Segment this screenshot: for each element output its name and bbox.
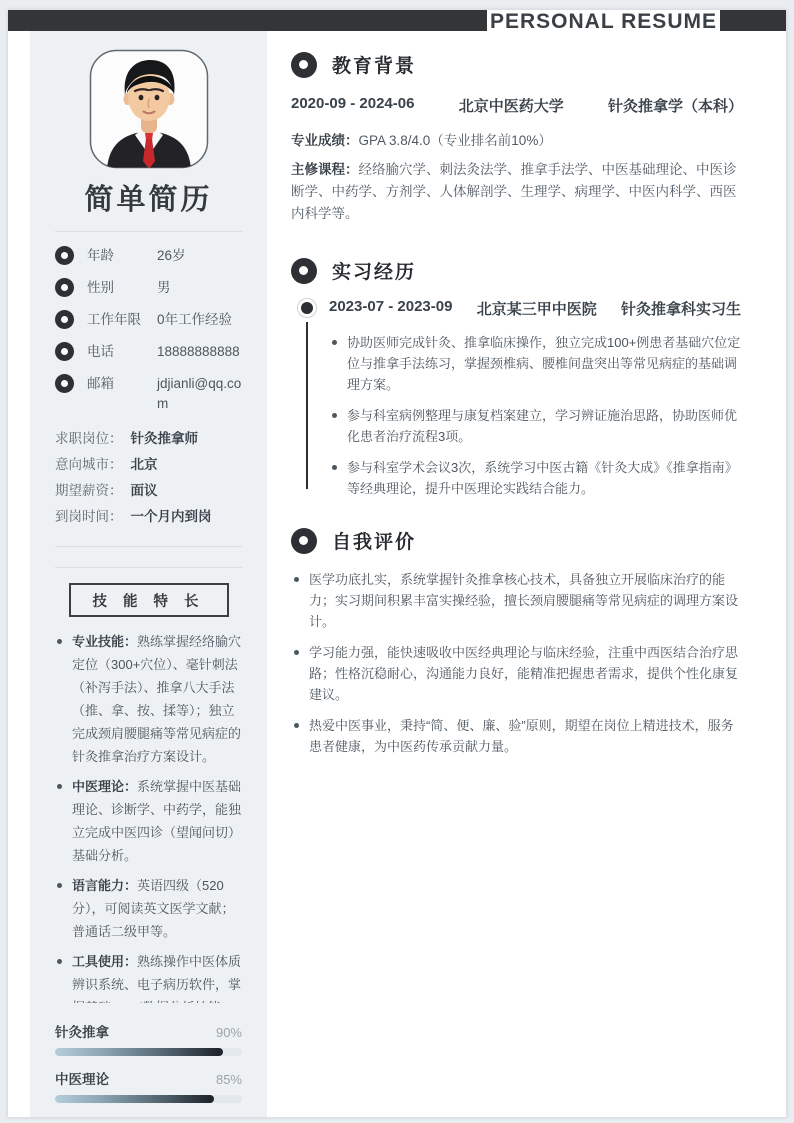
avatar: [89, 49, 209, 169]
evaluation-bullet: 学习能力强，能快速吸收中医经典理论与临床经验，注重中西医结合治疗思路；性格沉稳耐…: [291, 642, 746, 705]
info-row-phone: 电话 18888888888: [55, 342, 242, 362]
progress-fill: [55, 1048, 223, 1056]
avatar-illustration: [89, 49, 209, 169]
education-major: 针灸推拿学（本科）: [608, 95, 743, 116]
skill-item-language: 语言能力：英语四级（520分），可阅读英文医学文献；普通话二级甲等。: [55, 874, 242, 943]
section-title: 教育背景: [332, 51, 416, 78]
expectation-value: 针灸推拿师: [131, 430, 199, 447]
main-content: 教育背景 2020-09 - 2024-06 北京中医药大学 针灸推拿学（本科）…: [267, 31, 786, 1117]
courses-label: 主修课程：: [291, 162, 359, 177]
experience-bullet: 参与科室学术会议3次，系统学习中医古籍《针灸大成》《推拿指南》等经典理论，提升中…: [329, 457, 746, 499]
bar-percent: 90%: [216, 1025, 242, 1040]
info-value: 26岁: [157, 246, 242, 266]
experience-bullet: 协助医师完成针灸、推拿临床操作，独立完成100+例患者基础穴位定位与推拿手法练习…: [329, 332, 746, 395]
body-wrap: 简单简历 年龄 26岁 性别 男 工作年限 0年工作经验: [8, 31, 786, 1117]
divider: [55, 231, 242, 232]
section-title: 实习经历: [332, 257, 416, 284]
skill-bar-tcm-theory: 中医理论 85%: [55, 1068, 242, 1103]
donut-icon: [55, 342, 74, 361]
section-header: 自我评价: [291, 527, 746, 554]
experience-period: 2023-07 - 2023-09: [329, 298, 452, 319]
info-value: 18888888888: [157, 342, 242, 362]
skills-section-title: 技 能 特 长: [69, 583, 229, 617]
section-self-evaluation: 自我评价 医学功底扎实，系统掌握针灸推拿核心技术，具备独立开展临床治疗的能力；实…: [291, 527, 746, 757]
evaluation-bullet: 热爱中医事业，秉持“简、便、廉、验”原则，期望在岗位上精进技术，服务患者健康，为…: [291, 715, 746, 757]
info-label: 电话: [87, 342, 157, 362]
personal-info-list: 年龄 26岁 性别 男 工作年限 0年工作经验 电话 18888888888: [55, 246, 242, 426]
education-school: 北京中医药大学: [459, 95, 564, 116]
experience-role: 针灸推拿科实习生: [621, 298, 741, 319]
expectation-label: 求职岗位：: [55, 430, 123, 447]
skill-text: 熟练掌握经络腧穴定位（300+穴位）、毫针刺法（补泻手法）、推拿八大手法（推、拿…: [72, 634, 241, 764]
skill-bar-acupuncture: 针灸推拿 90%: [55, 1021, 242, 1056]
divider: [55, 546, 242, 547]
skill-item-tools: 工具使用：熟练操作中医体质辨识系统、电子病历软件，掌握基础Excel数据分析技能…: [55, 950, 242, 1003]
skill-lead: 专业技能：: [72, 634, 137, 649]
expectation-label: 期望薪资：: [55, 482, 123, 499]
experience-timeline: 2023-07 - 2023-09 北京某三甲中医院 针灸推拿科实习生 协助医师…: [291, 298, 746, 499]
info-value: 男: [157, 278, 242, 298]
header-bar-right-segment: [720, 10, 786, 31]
info-value: jdjianli@qq.com: [157, 374, 242, 414]
info-value: 0年工作经验: [157, 310, 242, 330]
bar-label: 中医理论: [55, 1068, 109, 1088]
skill-lead: 语言能力：: [72, 878, 137, 893]
candidate-name: 简单简历: [55, 183, 242, 217]
gpa-label: 专业成绩：: [291, 133, 359, 148]
expectation-label: 意向城市：: [55, 456, 123, 473]
info-row-age: 年龄 26岁: [55, 246, 242, 266]
courses-text: 经络腧穴学、刺法灸法学、推拿手法学、中医基础理论、中医诊断学、中药学、方剂学、人…: [291, 162, 737, 221]
skill-bars: 针灸推拿 90% 中医理论 85%: [55, 1003, 242, 1103]
section-header: 实习经历: [291, 257, 746, 284]
bar-label: 针灸推拿: [55, 1021, 109, 1041]
info-row-experience-years: 工作年限 0年工作经验: [55, 310, 242, 330]
progress-fill: [55, 1095, 214, 1103]
skill-lead: 工具使用：: [72, 954, 137, 969]
info-row-gender: 性别 男: [55, 278, 242, 298]
sidebar: 简单简历 年龄 26岁 性别 男 工作年限 0年工作经验: [30, 31, 267, 1117]
info-label: 性别: [87, 278, 157, 298]
donut-icon: [55, 374, 74, 393]
evaluation-bullet: 医学功底扎实，系统掌握针灸推拿核心技术，具备独立开展临床治疗的能力；实习期间积累…: [291, 569, 746, 632]
skills-list: 专业技能：熟练掌握经络腧穴定位（300+穴位）、毫针刺法（补泻手法）、推拿八大手…: [55, 630, 242, 1003]
donut-icon: [55, 278, 74, 297]
experience-bullet-list: 协助医师完成针灸、推拿临床操作，独立完成100+例患者基础穴位定位与推拿手法练习…: [329, 332, 746, 499]
skill-lead: 中医理论：: [72, 779, 137, 794]
experience-bullet: 参与科室病例整理与康复档案建立，学习辨证施治思路，协助医师优化患者治疗流程3项。: [329, 405, 746, 447]
info-label: 工作年限: [87, 310, 157, 330]
education-meta-row: 2020-09 - 2024-06 北京中医药大学 针灸推拿学（本科）: [291, 95, 743, 116]
experience-company: 北京某三甲中医院: [477, 298, 597, 319]
progress-track: [55, 1048, 242, 1056]
skill-item-professional: 专业技能：熟练掌握经络腧穴定位（300+穴位）、毫针刺法（补泻手法）、推拿八大手…: [55, 630, 242, 768]
skill-item-tcm-theory: 中医理论：系统掌握中医基础理论、诊断学、中药学，能独立完成中医四诊（望闻问切）基…: [55, 775, 242, 867]
experience-meta-row: 2023-07 - 2023-09 北京某三甲中医院 针灸推拿科实习生: [329, 298, 741, 319]
info-label: 年龄: [87, 246, 157, 266]
timeline-dot-icon: [301, 302, 313, 314]
evaluation-bullet-list: 医学功底扎实，系统掌握针灸推拿核心技术，具备独立开展临床治疗的能力；实习期间积累…: [291, 569, 746, 757]
header-bar-left-segment: [8, 10, 487, 31]
bar-head: 针灸推拿 90%: [55, 1021, 242, 1041]
divider: [55, 567, 242, 568]
job-expectation-list: 求职岗位： 针灸推拿师 意向城市： 北京 期望薪资： 面议 到岗时间： 一个月内…: [55, 430, 242, 534]
section-internship: 实习经历 2023-07 - 2023-09 北京某三甲中医院 针灸推拿科实习生…: [291, 257, 746, 499]
gpa-value: GPA 3.8/4.0（专业排名前10%）: [359, 133, 552, 148]
expectation-value: 一个月内到岗: [131, 508, 212, 525]
bar-head: 中医理论 85%: [55, 1068, 242, 1088]
expectation-row-city: 意向城市： 北京: [55, 456, 242, 473]
bullseye-icon: [291, 52, 317, 78]
expectation-label: 到岗时间：: [55, 508, 123, 525]
education-period: 2020-09 - 2024-06: [291, 95, 414, 116]
courses-paragraph: 主修课程：经络腧穴学、刺法灸法学、推拿手法学、中医基础理论、中医诊断学、中药学、…: [291, 159, 743, 225]
progress-track: [55, 1095, 242, 1103]
section-education: 教育背景 2020-09 - 2024-06 北京中医药大学 针灸推拿学（本科）…: [291, 51, 746, 225]
info-label: 邮箱: [87, 374, 157, 394]
header-title-box: PERSONAL RESUME: [487, 10, 720, 31]
resume-page: PERSONAL RESUME: [8, 10, 786, 1117]
donut-icon: [55, 310, 74, 329]
gpa-line: 专业成绩：GPA 3.8/4.0（专业排名前10%）: [291, 129, 746, 149]
bar-percent: 85%: [216, 1072, 242, 1087]
expectation-row-position: 求职岗位： 针灸推拿师: [55, 430, 242, 447]
donut-icon: [55, 246, 74, 265]
bullseye-icon: [291, 258, 317, 284]
info-row-email: 邮箱 jdjianli@qq.com: [55, 374, 242, 414]
section-title: 自我评价: [332, 527, 416, 554]
section-header: 教育背景: [291, 51, 746, 78]
expectation-row-availability: 到岗时间： 一个月内到岗: [55, 508, 242, 525]
expectation-value: 面议: [131, 482, 158, 499]
expectation-value: 北京: [131, 456, 158, 473]
header-bar: PERSONAL RESUME: [8, 10, 786, 31]
bullseye-icon: [291, 528, 317, 554]
expectation-row-salary: 期望薪资： 面议: [55, 482, 242, 499]
